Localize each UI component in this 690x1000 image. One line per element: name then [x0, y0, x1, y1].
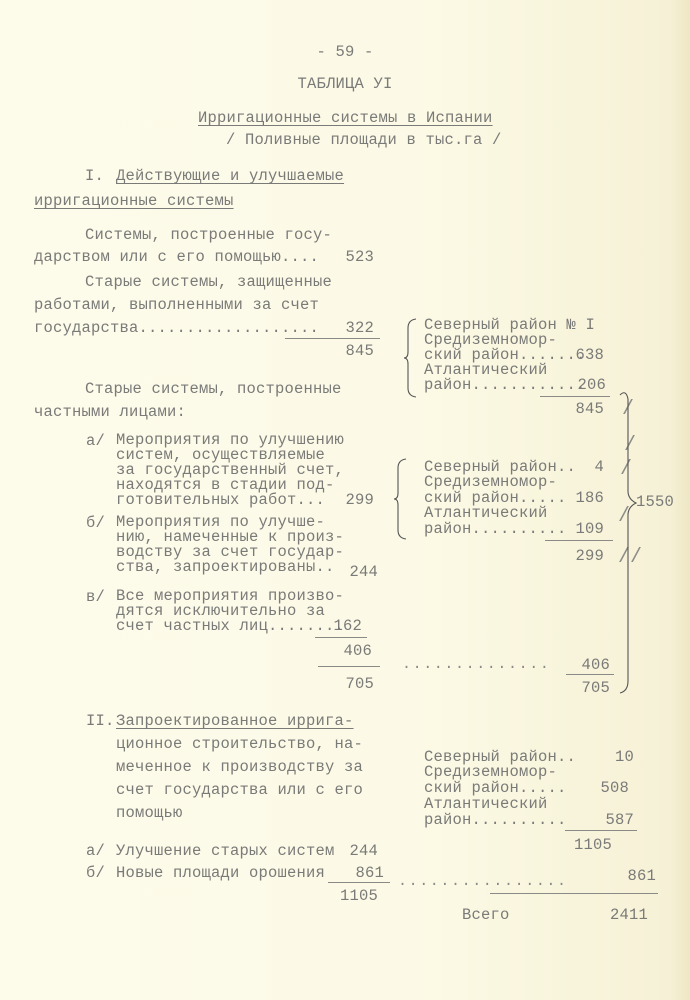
section1-heading-line2: ирригационные системы: [34, 193, 234, 209]
regions2-value-mediterranean: 186: [560, 491, 604, 506]
section2-sum-rule: [328, 882, 390, 883]
sub-b-line4: ства, запроектированы..: [116, 560, 335, 575]
item3-line2: частными лицами:: [34, 404, 186, 420]
section2-heading: Запроектированное ирригa-: [116, 713, 354, 729]
sub-b-value: 244: [334, 565, 378, 580]
document-page: - 59 - ТАБЛИЦА УI Ирригационные системы …: [0, 0, 690, 1000]
regions2-value-atlantic: 109: [560, 522, 604, 537]
item3-line1: Старые системы, построенные: [85, 381, 342, 397]
section2-sub-a-value: 244: [334, 843, 378, 859]
regions1-sum-rule: [540, 396, 610, 397]
item2-line2: работами, выполненными за счет: [34, 297, 319, 313]
section1-heading-line1: Действующие и улучшаемые: [116, 168, 344, 184]
section1-dotted-leader: ..............: [402, 656, 550, 673]
brace-regions1: [404, 318, 418, 398]
regions3-sum-rule: [565, 830, 637, 831]
regions1-value-mediterranean: 638: [560, 348, 604, 363]
sub-a-line5: готовительных работ...: [116, 493, 325, 508]
section2-sub-a-label: Улучшение старых систем: [116, 843, 335, 859]
section1-left-total: 705: [330, 676, 374, 692]
section2-sub-b-marker: б/: [86, 865, 105, 881]
item2-subtotal: 845: [330, 343, 374, 359]
section2-heading-underlined: Запроектированное ирригa-: [116, 712, 354, 730]
section2-line2: меченное к производству за: [116, 759, 363, 775]
regions2-total: 299: [560, 548, 604, 564]
table-subtitle: / Поливные площади в тыс.га /: [226, 132, 502, 148]
section2-sub-b-value: 861: [340, 865, 384, 881]
regions3-total: 1105: [562, 837, 612, 853]
section2-sub-a-marker: а/: [86, 843, 105, 859]
regions3-value-mediterranean: 508: [585, 781, 629, 796]
section2-number: II.: [86, 713, 115, 729]
section1-right-rule: [566, 674, 614, 675]
regions2-line4: Атлантический: [424, 506, 548, 521]
regions2-line5: район..........: [424, 522, 567, 537]
item2-line1: Старые системы, защищенные: [85, 274, 332, 290]
section2-subtotal: 1105: [326, 888, 378, 904]
sub-c-sum-rule: [315, 637, 367, 638]
regions3-line2: Средиземномор-: [424, 765, 557, 780]
section2-sub-b-label: Новые площади орошения: [116, 865, 325, 881]
brace-grand-total: [618, 391, 638, 696]
regions3-value-north: 10: [590, 750, 634, 765]
item1-line2: дарством или с его помощью....: [34, 249, 319, 265]
sub-a-value: 299: [330, 493, 374, 508]
brace-regions2: [394, 458, 408, 540]
page-number: - 59 -: [295, 44, 395, 60]
regions1-total: 845: [560, 401, 604, 417]
section1-total-rule: [318, 666, 380, 667]
item2-line3: государства...................: [34, 320, 319, 336]
regions3-value-atlantic: 587: [590, 813, 634, 828]
item1-value: 523: [330, 249, 374, 265]
section2-dotted-leader: ................: [398, 873, 568, 890]
regions2-value-north: 4: [560, 460, 604, 475]
section2-right-value: 861: [610, 868, 656, 884]
sub-a-marker: а/: [86, 433, 105, 449]
grand-total-value: 2411: [598, 907, 648, 923]
section2-line4: помощью: [116, 805, 183, 821]
grand-total-label: Всего: [462, 907, 510, 923]
section2-line3: счет государства или с его: [116, 782, 363, 798]
section2-line1: ционное строительство, на-: [116, 736, 363, 752]
sub-b-marker: б/: [86, 515, 105, 531]
section1-number: I.: [85, 168, 104, 184]
sub-c-subtotal: 406: [328, 643, 372, 659]
grand-total-rule: [490, 893, 658, 894]
table-label: ТАБЛИЦА УI: [255, 76, 435, 92]
regions3-line4: Атлантический: [424, 797, 548, 812]
regions2-sum-rule: [545, 540, 613, 541]
regions2-line2: Средиземномор-: [424, 475, 557, 490]
regions3-line3: ский район.....: [424, 781, 567, 796]
sub-c-marker: в/: [86, 589, 105, 605]
sub-c-line3: счет частных лиц........: [116, 619, 344, 634]
sub-c-value: 162: [318, 619, 362, 634]
section1-right-total: 705: [566, 680, 610, 696]
item2-value: 322: [330, 320, 374, 336]
grand-bracket-total: 1550: [636, 494, 674, 510]
item2-sum-rule: [285, 338, 380, 339]
regions1-value-atlantic: 206: [562, 378, 606, 393]
table-title: Ирригационные системы в Испании: [198, 110, 493, 126]
regions3-line5: район..........: [424, 813, 567, 828]
section1-right-subtotal: 406: [566, 657, 610, 673]
item1-line1: Системы, построенные госу-: [85, 227, 332, 243]
